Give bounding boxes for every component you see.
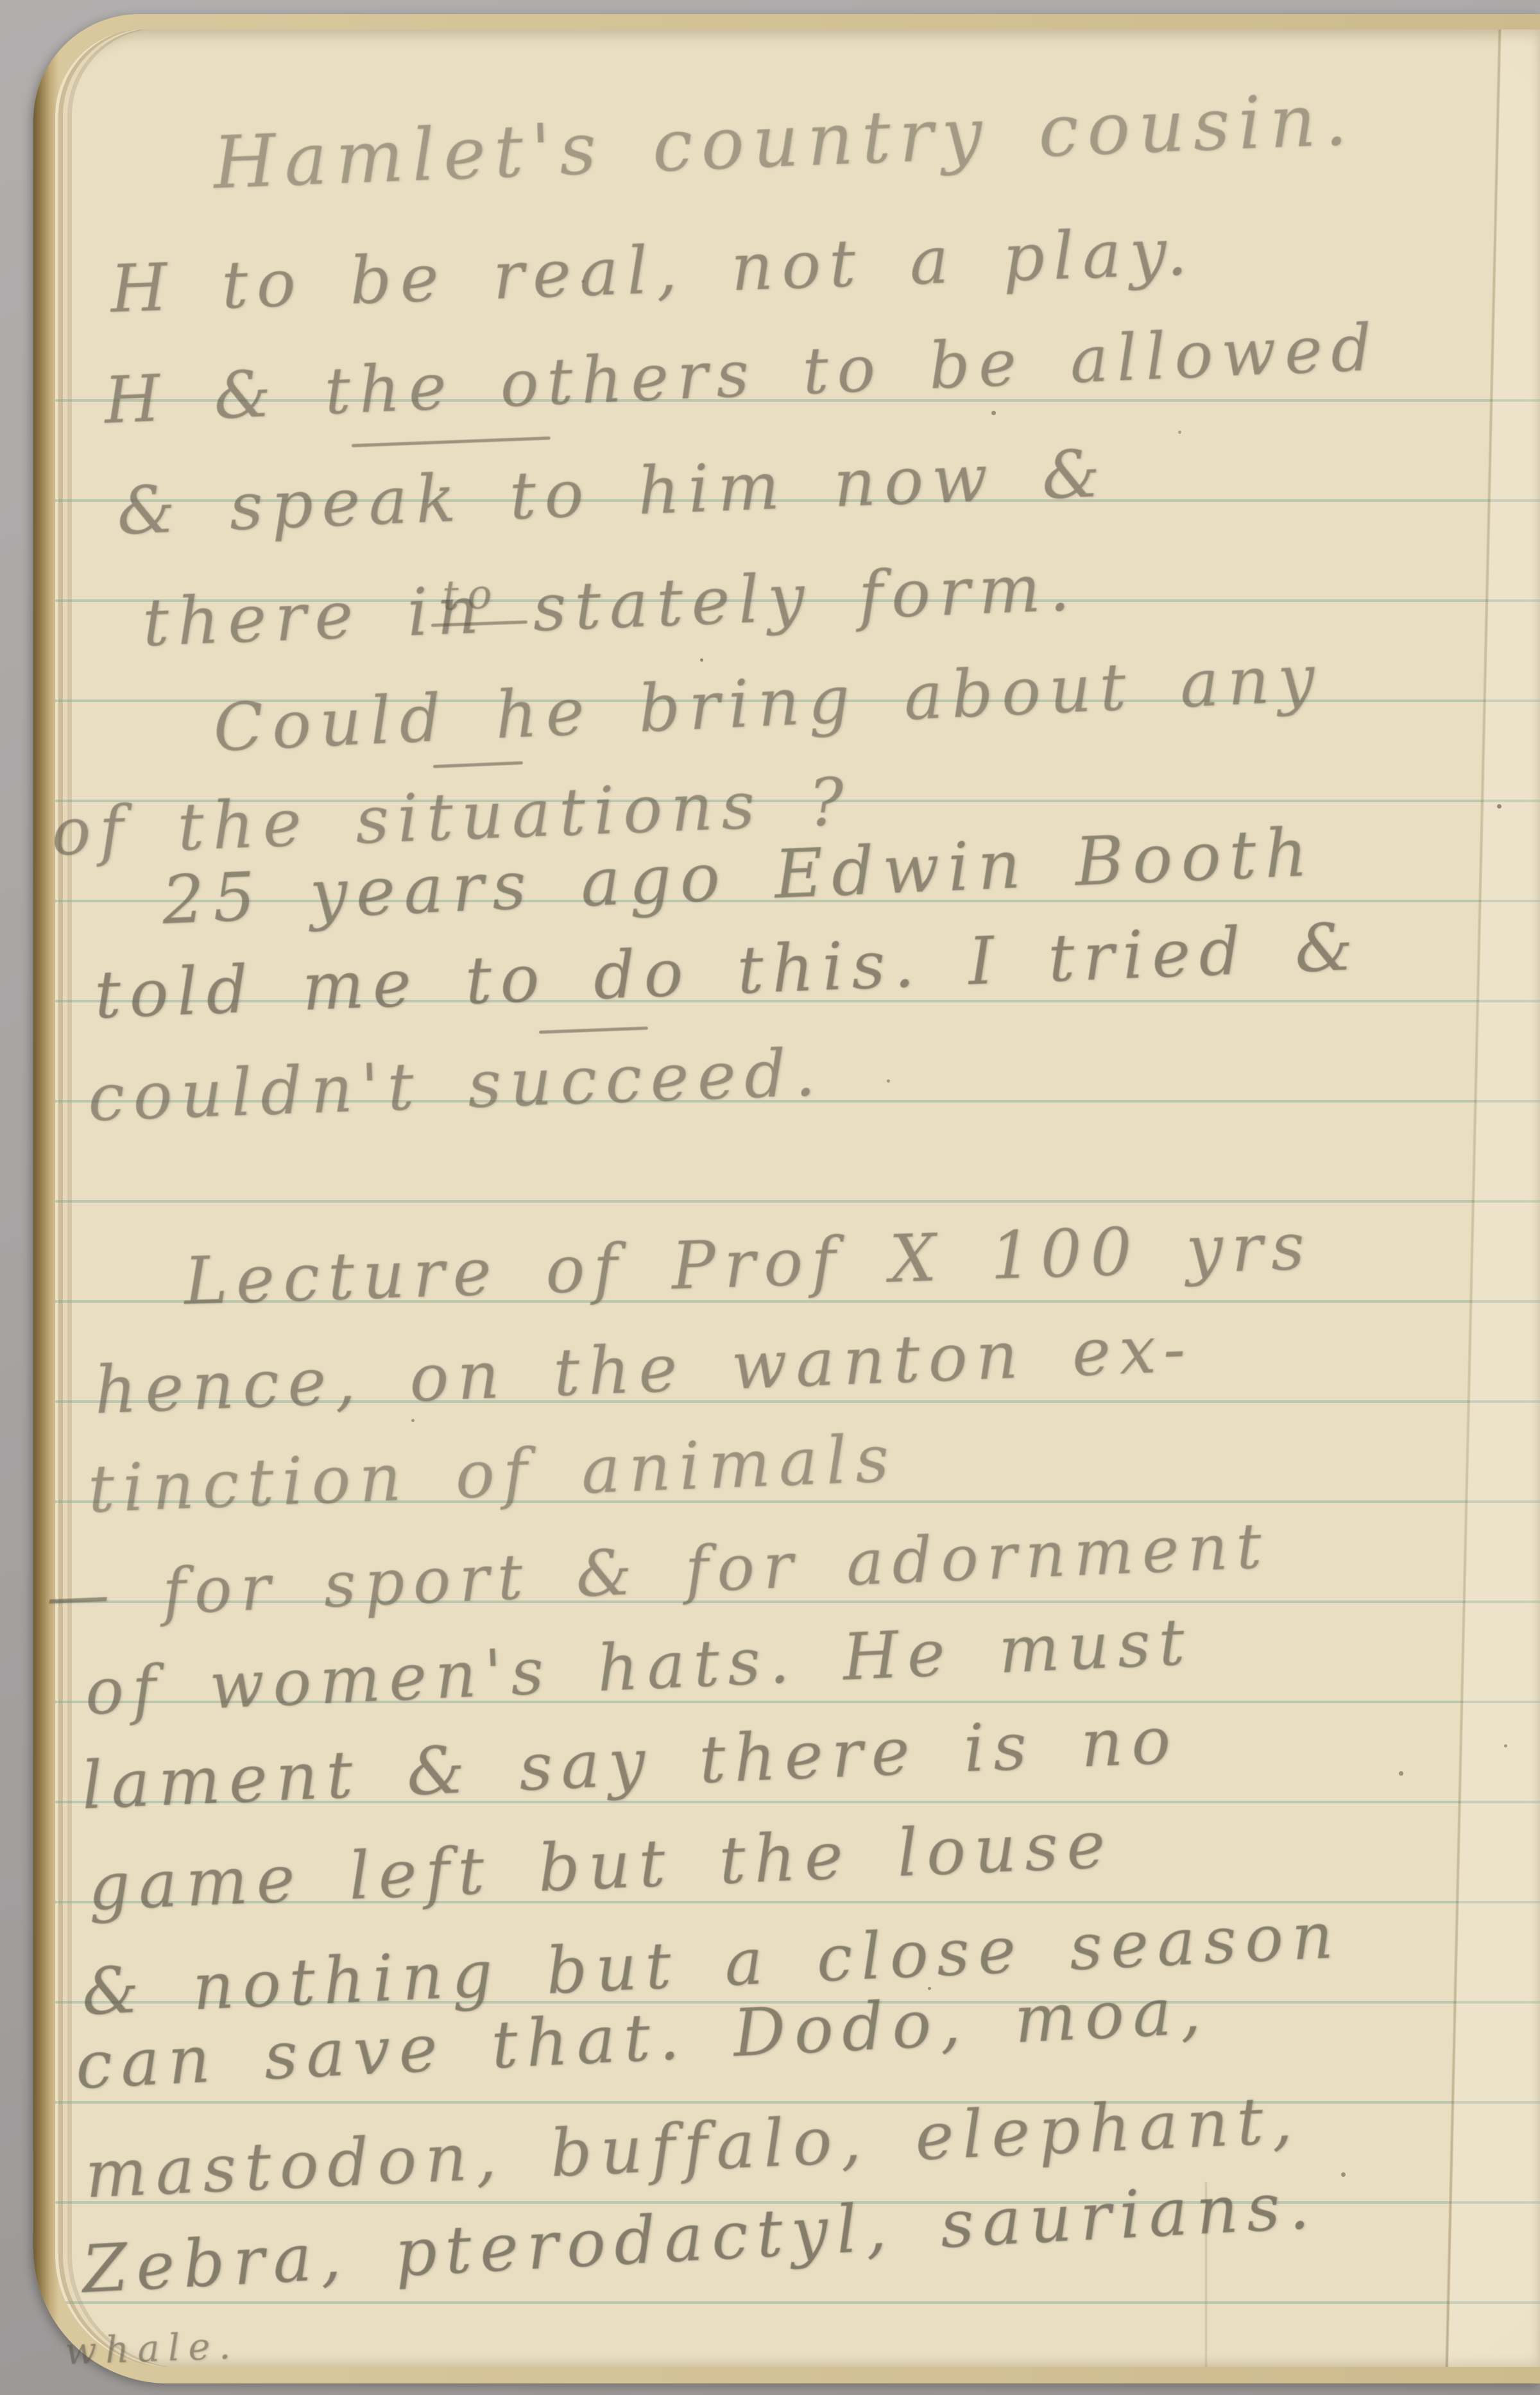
paper-specks [55,30,58,33]
notebook-scan: Hamlet's country cousin.H to be real, no… [0,0,1540,2395]
handwritten-line-22: whale. [64,2324,239,2373]
page-crease-right-area [1448,30,1540,2367]
